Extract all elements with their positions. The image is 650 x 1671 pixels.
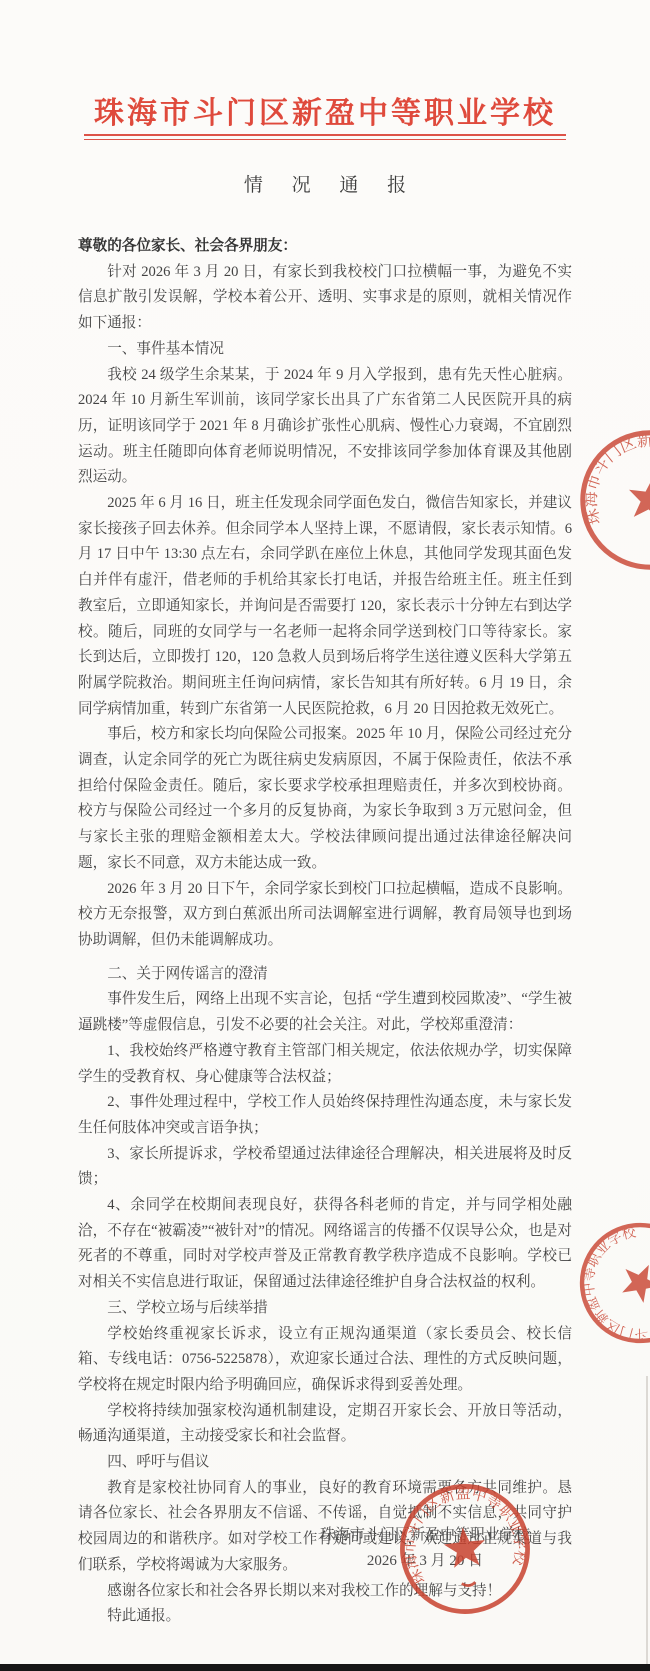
salutation: 尊敬的各位家长、社会各界朋友：: [78, 234, 572, 260]
seal-star-icon: [625, 474, 650, 522]
seal-star-icon: [442, 1525, 487, 1568]
list-item-3: 3、家长所提诉求，学校希望通过法律途径合理解决，相关进展将及时反馈；: [78, 1142, 572, 1193]
paragraph: 事后，校方和家长均向保险公司报案。2025 年 10 月，保险公司经过充分调查，…: [78, 722, 572, 876]
title-double-rule: [84, 134, 566, 140]
svg-text:珠海市斗门区新盈中等职业学校: 珠海市斗门区新盈中等职业学校: [576, 421, 650, 545]
official-seal-stamp: 珠海市斗门区新盈中等职业学校: [390, 1474, 539, 1623]
section-heading-2: 二、关于网传谣言的澄清: [78, 962, 572, 988]
section-heading-4: 四、呼吁与倡议: [78, 1450, 572, 1476]
scan-bottom-bar: [0, 1664, 650, 1671]
seal-star-icon: [613, 1258, 650, 1309]
list-item-4: 4、余同学在校期间表现良好，获得各科老师的肯定，并与同学相处融洽，不存在“被霸凌…: [78, 1193, 572, 1296]
notice-title: 情 况 通 报: [0, 170, 650, 197]
section-heading-3: 三、学校立场与后续举措: [78, 1296, 572, 1322]
school-name-title: 珠海市斗门区新盈中等职业学校: [0, 88, 650, 132]
paragraph: 事件发生后，网络上出现不实言论，包括 “学生遭到校园欺凌”、“学生被逼跳楼”等虚…: [78, 987, 572, 1038]
document-body: 尊敬的各位家长、社会各界朋友： 针对 2026 年 3 月 20 日，有家长到我…: [78, 234, 572, 1630]
seal-ring-text: 珠海市斗门区新盈中等职业学校: [576, 421, 650, 545]
paragraph: 学校始终重视家长诉求，设立有正规沟通渠道（家长委员会、校长信箱、专线电话：075…: [78, 1322, 572, 1399]
paragraph: 2026 年 3 月 20 日下午，余同学家长到校门口拉起横幅，造成不良影响。校…: [78, 877, 572, 954]
list-item-2: 2、事件处理过程中，学校工作人员始终保持理性沟通态度，未与家长发生任何肢体冲突或…: [78, 1090, 572, 1141]
paragraph: 我校 24 级学生余某某，于 2024 年 9 月入学报到，患有先天性心脏病。2…: [78, 363, 572, 492]
intro-paragraph: 针对 2026 年 3 月 20 日，有家长到我校校门口拉横幅一事，为避免不实信…: [78, 260, 572, 337]
paragraph: 2025 年 6 月 16 日，班主任发现余同学面色发白，微信告知家长，并建议家…: [78, 491, 572, 722]
paragraph: 学校将持续加强家校沟通机制建设，定期召开家长会、开放日等活动，畅通沟通渠道，主动…: [78, 1399, 572, 1450]
scanned-notice-page: 珠海市斗门区新盈中等职业学校 情 况 通 报 尊敬的各位家长、社会各界朋友： 针…: [0, 0, 650, 1671]
section-heading-1: 一、事件基本情况: [78, 337, 572, 363]
scan-edge-shadow: [646, 1376, 648, 1664]
official-seal-stamp-partial-upper: 珠海市斗门区新盈中等职业学校: [568, 418, 650, 583]
list-item-1: 1、我校始终严格遵守教育主管部门相关规定，依法依规办学，切实保障学生的受教育权、…: [78, 1039, 572, 1090]
